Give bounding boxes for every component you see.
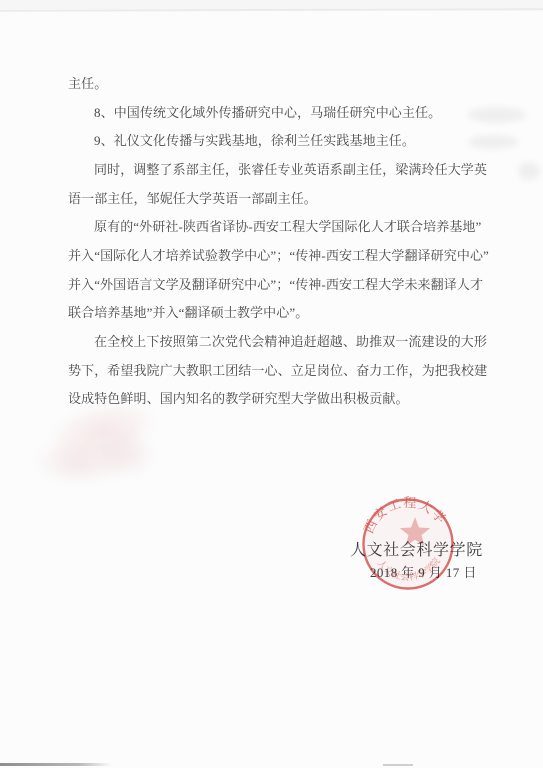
scan-smudge bbox=[518, 162, 540, 180]
body-line: 9、礼仪文化传播与实践基地，徐利兰任实践基地主任。 bbox=[68, 127, 503, 156]
body-line: 并入“外国语言文学及翻译研究中心”；“传神-西安工程大学未来翻译人才 bbox=[68, 271, 503, 300]
body-line: 设成特色鲜明、国内知名的教学研究型大学做出积极贡献。 bbox=[68, 385, 503, 414]
body-line: 语一部主任，邹妮任大学英语一部副主任。 bbox=[68, 185, 503, 214]
scanned-document-page: 主任。8、中国传统文化域外传播研究中心，马瑞任研究中心主任。9、礼仪文化传播与实… bbox=[0, 0, 543, 768]
scan-edge-bottom-left bbox=[0, 763, 112, 766]
official-seal: 西安工程大学 人文社会科学学院 bbox=[358, 494, 458, 594]
body-line: 原有的“外研社-陕西省译协-西安工程大学国际化人才联合培养基地” bbox=[68, 213, 503, 242]
scan-line-top bbox=[0, 8, 543, 11]
scan-edge-bottom-right bbox=[383, 764, 413, 766]
body-text: 主任。8、中国传统文化域外传播研究中心，马瑞任研究中心主任。9、礼仪文化传播与实… bbox=[68, 70, 503, 414]
body-line: 主任。 bbox=[68, 70, 503, 99]
body-line: 并入“国际化人才培养试验教学中心”；“传神-西安工程大学翻译研究中心” bbox=[68, 242, 503, 271]
body-line: 同时，调整了系部主任，张睿任专业英语系副主任，梁满玲任大学英 bbox=[68, 156, 503, 185]
body-line: 在全校上下按照第二次党代会精神追赶超越、助推双一流建设的大形 bbox=[68, 328, 503, 357]
body-line: 势下，希望我院广大教职工团结一心、立足岗位、奋力工作，为把我校建 bbox=[68, 357, 503, 386]
body-line: 联合培养基地”并入“翻译硕士教学中心”。 bbox=[68, 299, 503, 328]
ink-bleed-smudge bbox=[92, 428, 157, 480]
body-line: 8、中国传统文化域外传播研究中心，马瑞任研究中心主任。 bbox=[68, 99, 503, 128]
